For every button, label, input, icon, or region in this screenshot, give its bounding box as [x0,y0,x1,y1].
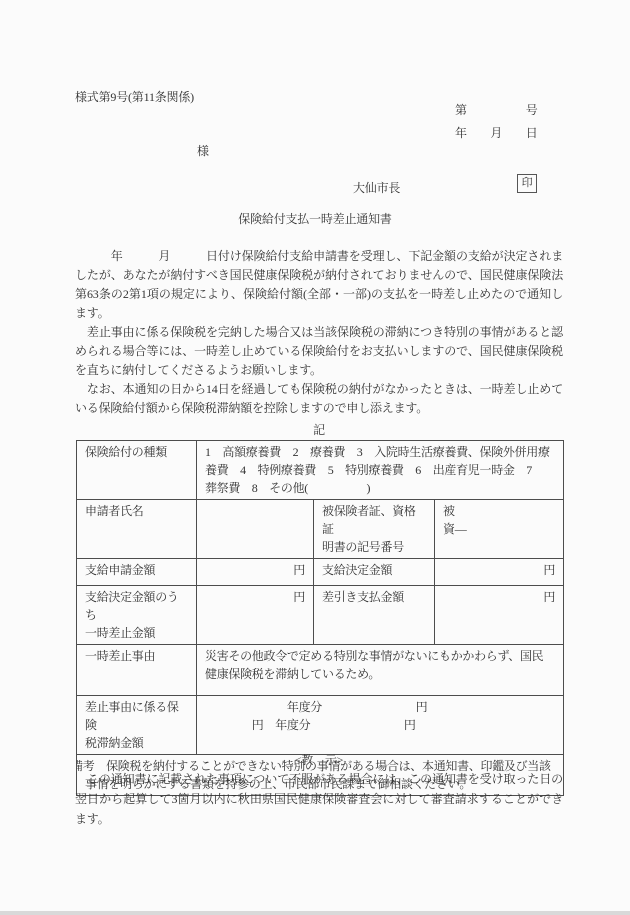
ki-marker: 記 [75,421,563,438]
issue-date-line: 年 月 日 [455,124,538,141]
applicant-name-label-cell: 申請者氏名 [77,500,197,559]
benefit-type-options-cell: 1 高額療養費 2 療養費 3 入院時生活療養費、保険外併用療養費 4 特例療養… [197,441,564,500]
notice-details-table: 保険給付の種類 1 高額療養費 2 療養費 3 入院時生活療養費、保険外併用療養… [76,440,564,796]
arrears-amount-cell: 年度分 円 円 年度分 円 [197,696,564,755]
net-payment-label-cell: 差引き支払金額 [314,586,435,645]
body-paragraphs: 年 月 日付け保険給付支給申請書を受理し、下記金額の支給が決定されましたが、あな… [75,247,563,418]
suspension-reason-text-cell: 災害その他政令で定める特別な事情がないにもかかわらず、国民健康保険税を滞納してい… [197,645,564,696]
kyoji-heading: <教 示> [75,751,563,768]
table-row-tax-arrears: 差止事由に係る保険 税滞納金額 年度分 円 円 年度分 円 [77,696,564,755]
decided-amount-label-cell: 支給決定金額 [314,559,435,586]
table-row-applicant: 申請者氏名 被保険者証、資格証 明書の記号番号 被 資― [77,500,564,559]
benefit-type-label-cell: 保険給付の種類 [77,441,197,500]
addressee-honorific: 様 [197,142,209,159]
table-row-suspended-amount: 支給決定金額のうち 一時差止金額 円 差引き支払金額 円 [77,586,564,645]
table-row-suspension-reason: 一時差止事由 災害その他政令で定める特別な事情がないにもかかわらず、国民健康保険… [77,645,564,696]
suspended-amount-unit-cell: 円 [197,586,314,645]
seal-label: 印 [522,177,533,189]
table-row-benefit-type: 保険給付の種類 1 高額療養費 2 療養費 3 入院時生活療養費、保険外併用療養… [77,441,564,500]
insured-card-number-label-cell: 被保険者証、資格証 明書の記号番号 [314,500,435,559]
scan-edge [0,911,630,915]
document-title: 保険給付支払一時差止通知書 [0,210,630,227]
issuer-name: 大仙市長 [353,179,400,196]
suspension-reason-label-cell: 一時差止事由 [77,645,197,696]
insured-card-number-value-cell: 被 資― [435,500,564,559]
seal-box: 印 [517,174,537,193]
requested-amount-label-cell: 支給申請金額 [77,559,197,586]
arrears-label-cell: 差止事由に係る保険 税滞納金額 [77,696,197,755]
net-payment-unit-cell: 円 [435,586,564,645]
decided-amount-unit-cell: 円 [435,559,564,586]
applicant-name-value-cell [197,500,314,559]
form-number: 様式第9号(第11条関係) [75,88,194,105]
paragraph-notice: 年 月 日付け保険給付支給申請書を受理し、下記金額の支給が決定されましたが、あな… [75,247,563,323]
suspended-amount-label-cell: 支給決定金額のうち 一時差止金額 [77,586,197,645]
table-row-requested-amount: 支給申請金額 円 支給決定金額 円 [77,559,564,586]
paragraph-deduction-note: なお、本通知の日から14日を経過しても保険税の納付がなかったときは、一時差し止め… [75,380,563,418]
document-page: 様式第9号(第11条関係) 第 号 年 月 日 様 大仙市長 印 保険給付支払一… [0,0,630,915]
paragraph-payment-request: 差止事由に係る保険税を完納した場合又は当該保険税の滞納につき特別の事情があると認… [75,323,563,380]
document-number-line: 第 号 [455,101,538,118]
requested-amount-unit-cell: 円 [197,559,314,586]
appeal-paragraph: この通知書に記載された事項について不服がある場合には、この通知書を受け取った日の… [75,769,563,829]
